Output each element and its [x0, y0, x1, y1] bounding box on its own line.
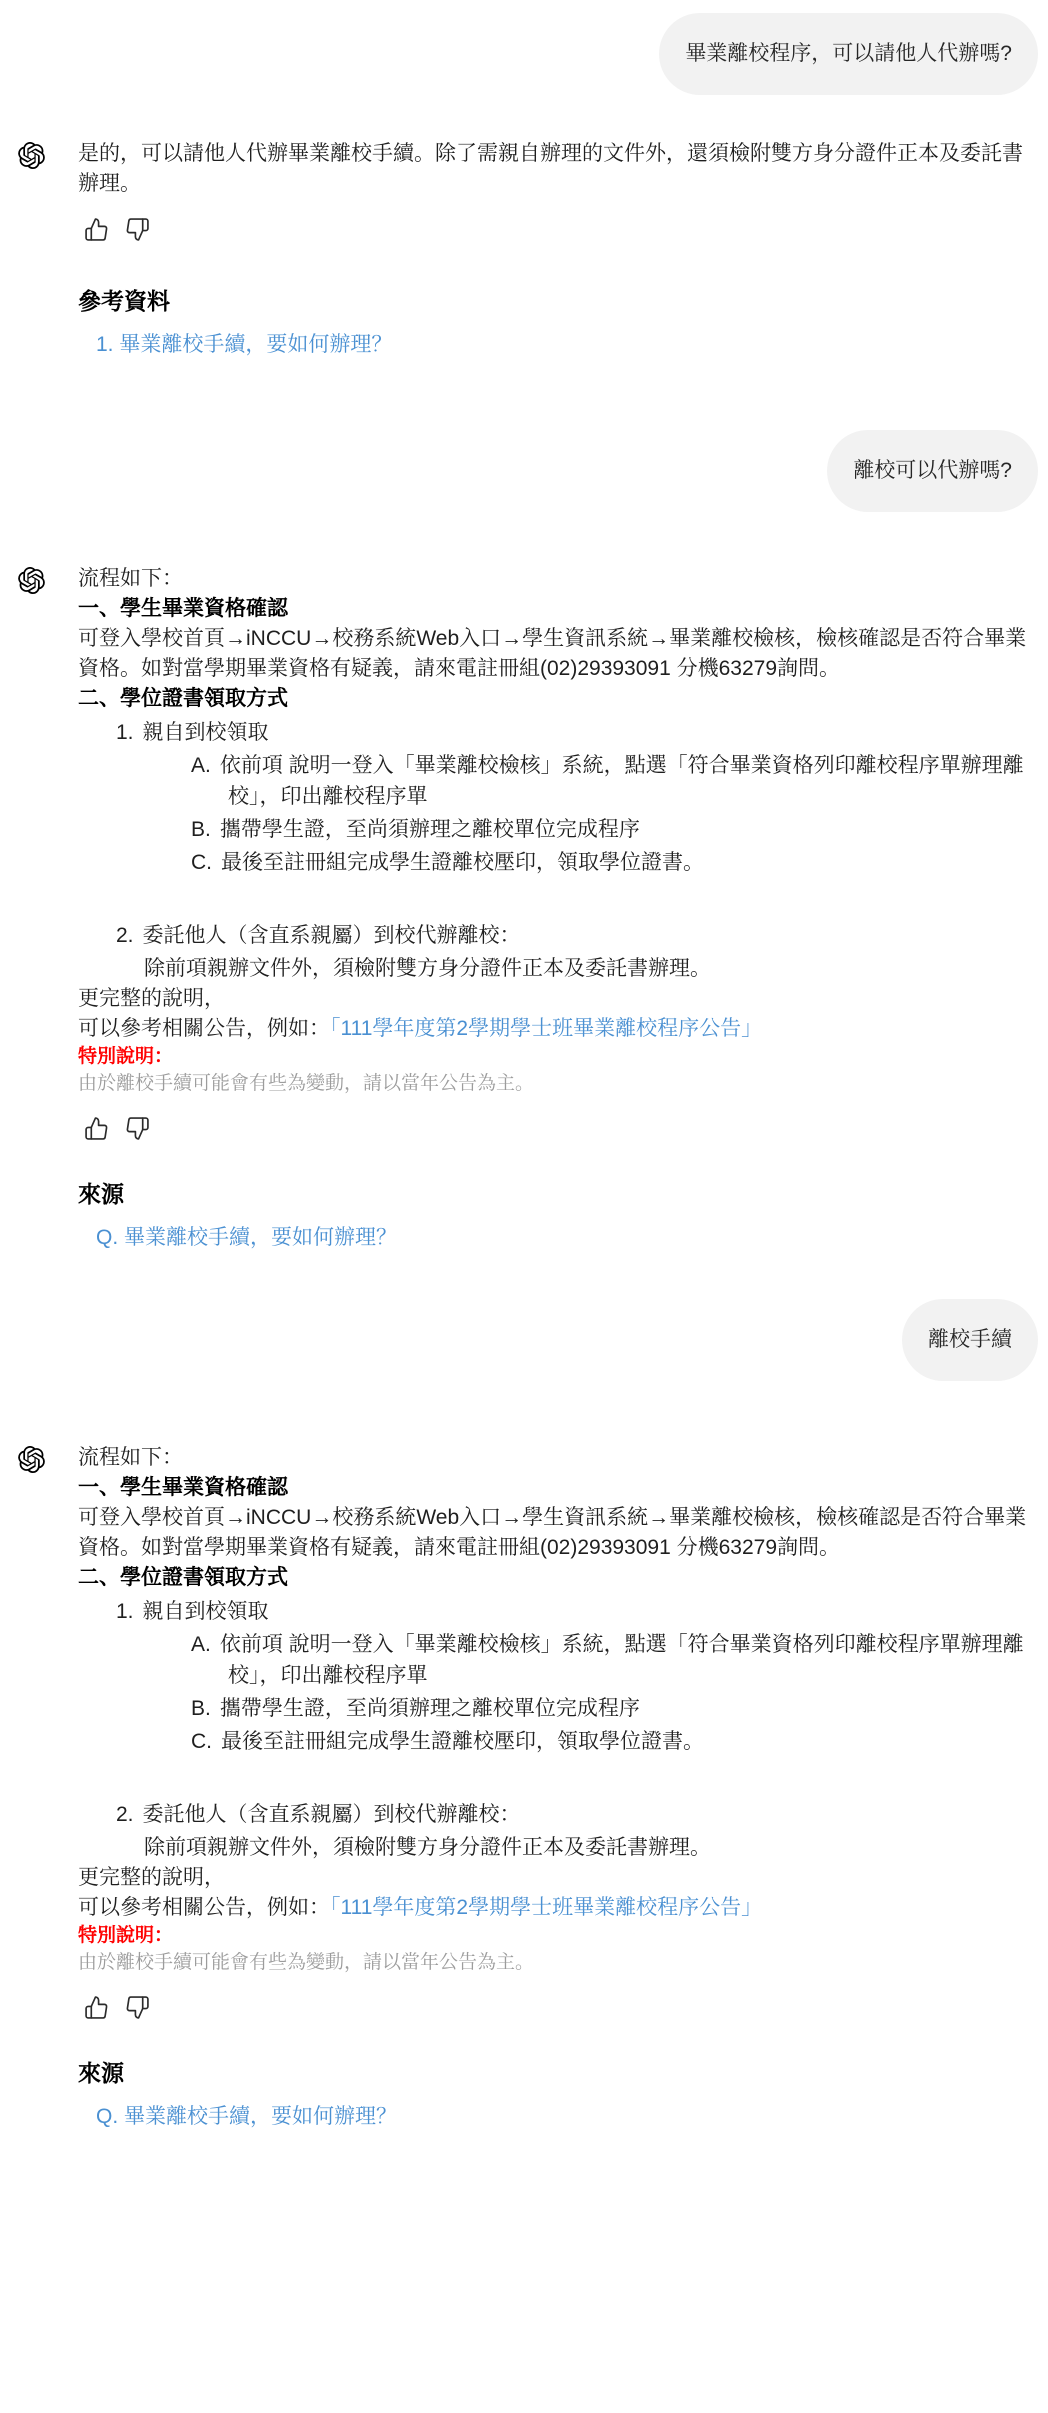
- user-bubble-3: 離校手續: [902, 1299, 1038, 1381]
- feedback-bar: [78, 217, 1030, 242]
- procedure-intro: 流程如下：: [78, 1443, 1030, 1473]
- openai-logo-icon: [18, 1446, 45, 1473]
- feedback-bar: [78, 1995, 1030, 2020]
- assistant-message-2: 流程如下： 一、學生畢業資格確認 可登入學校首頁→iNCCU→校務系統Web入口…: [18, 564, 1038, 1253]
- assistant-answer: 是的，可以請他人代辦畢業離校手續。除了需親自辦理的文件外，還須檢附雙方身分證件正…: [78, 139, 1030, 199]
- thumbs-down-button[interactable]: [125, 217, 150, 242]
- assistant-content-1: 是的，可以請他人代辦畢業離校手續。除了需親自辦理的文件外，還須檢附雙方身分證件正…: [78, 139, 1030, 360]
- pickup-item-1: 1.親自到校領取: [78, 1596, 1030, 1627]
- section1-title: 一、學生畢業資格確認: [78, 1473, 1030, 1503]
- more-info-line2: 可以參考相關公告，例如：「111學年度第2學期學士班畢業離校程序公告」: [78, 1893, 1030, 1923]
- announcement-link[interactable]: 「111學年度第2學期學士班畢業離校程序公告」: [330, 1896, 762, 1919]
- user-message-row-3: 離校手續: [18, 1299, 1038, 1381]
- references-heading: 參考資料: [78, 286, 1030, 316]
- section1-body: 可登入學校首頁→iNCCU→校務系統Web入口→學生資訊系統→畢業離校檢核，檢核…: [78, 1503, 1030, 1563]
- assistant-content-3: 流程如下： 一、學生畢業資格確認 可登入學校首頁→iNCCU→校務系統Web入口…: [78, 1443, 1030, 2132]
- pickup-step-b: B.攜帶學生證，至尚須辦理之離校單位完成程序: [78, 814, 1030, 845]
- thumbs-down-button[interactable]: [125, 1995, 150, 2020]
- assistant-message-1: 是的，可以請他人代辦畢業離校手續。除了需親自辦理的文件外，還須檢附雙方身分證件正…: [18, 139, 1038, 360]
- more-info-line1: 更完整的說明，: [78, 984, 1030, 1014]
- announcement-link[interactable]: 「111學年度第2學期學士班畢業離校程序公告」: [330, 1017, 762, 1040]
- special-note-title: 特別說明：: [78, 1923, 1030, 1949]
- special-note-title: 特別說明：: [78, 1044, 1030, 1070]
- assistant-content-2: 流程如下： 一、學生畢業資格確認 可登入學校首頁→iNCCU→校務系統Web入口…: [78, 564, 1030, 1253]
- section2-title: 二、學位證書領取方式: [78, 1563, 1030, 1593]
- thumbs-up-button[interactable]: [84, 1995, 109, 2020]
- pickup-step-b: B.攜帶學生證，至尚須辦理之離校單位完成程序: [78, 1693, 1030, 1724]
- thumbs-down-button[interactable]: [125, 1116, 150, 1141]
- sources-heading: 來源: [78, 2058, 1030, 2088]
- reference-link[interactable]: 1. 畢業離校手續，要如何辦理？: [96, 333, 392, 356]
- user-bubble-1: 畢業離校程序，可以請他人代辦嗎?: [659, 13, 1038, 95]
- pickup-step-c: C.最後至註冊組完成學生證離校壓印，領取學位證書。: [78, 1726, 1030, 1757]
- pickup-step-a: A.依前項 說明一登入「畢業離校檢核」系統，點選「符合畢業資格列印離校程序單辦理…: [78, 750, 1030, 812]
- special-note-body: 由於離校手續可能會有些為變動，請以當年公告為主。: [78, 1949, 1030, 1977]
- source-link[interactable]: Q. 畢業離校手續，要如何辦理？: [96, 1226, 397, 1249]
- section1-body: 可登入學校首頁→iNCCU→校務系統Web入口→學生資訊系統→畢業離校檢核，檢核…: [78, 624, 1030, 684]
- pickup-step-c: C.最後至註冊組完成學生證離校壓印，領取學位證書。: [78, 847, 1030, 878]
- special-note-body: 由於離校手續可能會有些為變動，請以當年公告為主。: [78, 1070, 1030, 1098]
- source-link[interactable]: Q. 畢業離校手續，要如何辦理？: [96, 2105, 397, 2128]
- more-info-line2: 可以參考相關公告，例如：「111學年度第2學期學士班畢業離校程序公告」: [78, 1014, 1030, 1044]
- chat-page: 畢業離校程序，可以請他人代辦嗎? 是的，可以請他人代辦畢業離校手續。除了需親自辦…: [0, 13, 1048, 2156]
- thumbs-up-button[interactable]: [84, 217, 109, 242]
- sources-heading: 來源: [78, 1179, 1030, 1209]
- pickup-item-2: 2.委託他人（含直系親屬）到校代辦離校：: [78, 1799, 1030, 1830]
- openai-logo-icon: [18, 567, 45, 594]
- more-info-line1: 更完整的說明，: [78, 1863, 1030, 1893]
- section1-title: 一、學生畢業資格確認: [78, 594, 1030, 624]
- feedback-bar: [78, 1116, 1030, 1141]
- pickup-item-1: 1.親自到校領取: [78, 717, 1030, 748]
- section2-title: 二、學位證書領取方式: [78, 684, 1030, 714]
- pickup-step-a: A.依前項 說明一登入「畢業離校檢核」系統，點選「符合畢業資格列印離校程序單辦理…: [78, 1629, 1030, 1691]
- procedure-intro: 流程如下：: [78, 564, 1030, 594]
- pickup-item-2: 2.委託他人（含直系親屬）到校代辦離校：: [78, 920, 1030, 951]
- user-message-row-1: 畢業離校程序，可以請他人代辦嗎?: [18, 13, 1038, 95]
- assistant-message-3: 流程如下： 一、學生畢業資格確認 可登入學校首頁→iNCCU→校務系統Web入口…: [18, 1443, 1038, 2132]
- thumbs-up-button[interactable]: [84, 1116, 109, 1141]
- pickup-item-2-detail: 除前項親辦文件外，須檢附雙方身分證件正本及委託書辦理。: [78, 953, 1030, 984]
- pickup-item-2-detail: 除前項親辦文件外，須檢附雙方身分證件正本及委託書辦理。: [78, 1832, 1030, 1863]
- user-message-row-2: 離校可以代辦嗎?: [18, 430, 1038, 512]
- user-bubble-2: 離校可以代辦嗎?: [827, 430, 1038, 512]
- openai-logo-icon: [18, 142, 45, 169]
